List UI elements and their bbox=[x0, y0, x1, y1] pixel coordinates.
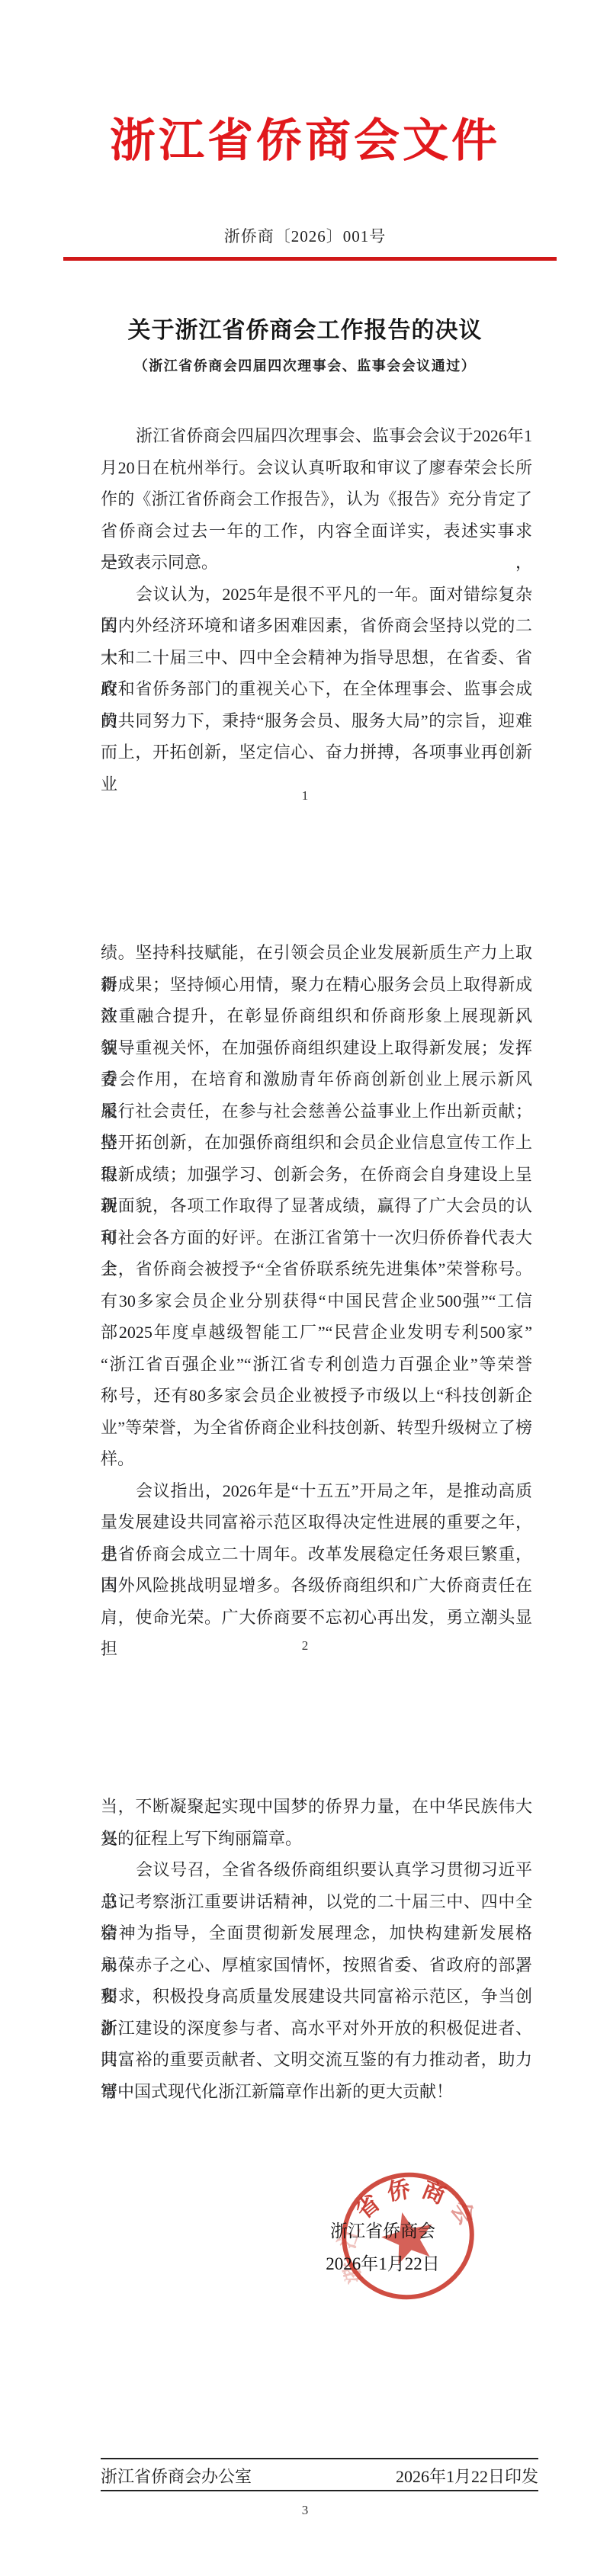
body-line: 履行社会责任，在参与社会慈善公益事业上作出新贡献；坚 bbox=[101, 1096, 532, 1128]
body-line: 绩。坚持科技赋能，在引领会员企业发展新质生产力上取得 bbox=[101, 937, 532, 969]
body-line: 有30多家会员企业分别获得“中国民营企业500强”“工信 bbox=[101, 1285, 532, 1317]
body-line: 肩，使命光荣。广大侨商要不忘初心再出发，勇立潮头显担 bbox=[101, 1602, 532, 1634]
body-line: 兴的征程上写下绚丽篇章。 bbox=[101, 1823, 532, 1855]
document-header-title: 浙江省侨商会文件 bbox=[0, 113, 610, 169]
page-3-body: 当，不断凝聚起实现中国梦的侨界力量，在中华民族伟大复兴的征程上写下绚丽篇章。会议… bbox=[101, 1791, 532, 2107]
body-line: 要求，积极投身高质量发展建设共同富裕示范区，争当创新 bbox=[101, 1981, 532, 2013]
body-line: 新面貌，各项工作取得了显著成绩，赢得了广大会员的认可 bbox=[101, 1190, 532, 1222]
footer-rule-bottom bbox=[101, 2490, 538, 2491]
body-line: 称号，还有80多家会员企业被授予市级以上“科技创新企 bbox=[101, 1380, 532, 1412]
body-line: 浙江省侨商会四届四次理事会、监事会会议于2026年1 bbox=[101, 420, 532, 452]
body-line: 省侨商会过去一年的工作，内容全面详实，表述实事求是， bbox=[101, 515, 532, 547]
document: 浙江省侨商会文件 浙侨商〔2026〕001号 关于浙江省侨商会工作报告的决议 （… bbox=[0, 0, 610, 2576]
document-number: 浙侨商〔2026〕001号 bbox=[0, 224, 610, 247]
body-line: 注重融合提升，在彰显侨商组织和侨商形象上展现新风貌； bbox=[101, 1000, 532, 1032]
body-line: 会议认为，2025年是很不平凡的一年。面对错综复杂的 bbox=[101, 579, 532, 611]
body-line: 是省侨商会成立二十周年。改革发展稳定任务艰巨繁重，国 bbox=[101, 1538, 532, 1570]
body-line: 书记考察浙江重要讲话精神，以党的二十届三中、四中全会 bbox=[101, 1886, 532, 1918]
page-1-body: 浙江省侨商会四届四次理事会、监事会会议于2026年1月20日在杭州举行。会议认真… bbox=[101, 420, 532, 768]
body-line: 同富裕的重要贡献者、文明交流互鉴的有力推动者，助力谱 bbox=[101, 2044, 532, 2076]
body-line: 会议号召，全省各级侨商组织要认真学习贯彻习近平总 bbox=[101, 1854, 532, 1886]
body-line: 作的《浙江省侨商会工作报告》，认为《报告》充分肯定了 bbox=[101, 483, 532, 515]
page-number: 2 bbox=[0, 1638, 610, 1654]
body-line: 上，省侨商会被授予“全省侨联系统先进集体”荣誉称号。 bbox=[101, 1253, 532, 1285]
body-line: 写中国式现代化浙江新篇章作出新的更大贡献！ bbox=[101, 2076, 532, 2108]
page-number: 1 bbox=[0, 788, 610, 804]
footer-print-date: 2026年1月22日印发 bbox=[396, 2464, 538, 2488]
body-line: “浙江省百强企业”“浙江省专利创造力百强企业”等荣誉 bbox=[101, 1349, 532, 1381]
body-line: 当，不断凝聚起实现中国梦的侨界力量，在中华民族伟大复 bbox=[101, 1791, 532, 1823]
body-line: 业”等荣誉，为全省侨商企业科技创新、转型升级树立了榜 bbox=[101, 1412, 532, 1444]
body-line: 领导重视关怀，在加强侨商组织建设上取得新发展；发挥青 bbox=[101, 1032, 532, 1064]
body-line: 量发展建设共同富裕示范区取得决定性进展的重要之年，也 bbox=[101, 1506, 532, 1538]
footer-office: 浙江省侨商会办公室 bbox=[101, 2464, 252, 2488]
body-line: 永葆赤子之心、厚植家国情怀，按照省委、省政府的部署和 bbox=[101, 1949, 532, 1981]
body-line: 样。 bbox=[101, 1443, 532, 1475]
footer-rule-top bbox=[101, 2458, 538, 2459]
body-line: 委会作用，在培育和激励青年侨商创新创业上展示新风采； bbox=[101, 1063, 532, 1096]
body-line: 会议指出，2026年是“十五五”开局之年，是推动高质 bbox=[101, 1475, 532, 1507]
body-line: 大和二十届三中、四中全会精神为指导思想，在省委、省政 bbox=[101, 642, 532, 674]
page-number: 3 bbox=[0, 2503, 610, 2518]
document-subtitle: （浙江省侨商会四届四次理事会、监事会会议通过） bbox=[0, 355, 610, 375]
body-line: 部2025年度卓越级智能工厂”“民营企业发明专利500家” bbox=[101, 1317, 532, 1349]
red-divider bbox=[63, 257, 557, 261]
body-line: 和社会各方面的好评。在浙江省第十一次归侨侨眷代表大会 bbox=[101, 1222, 532, 1254]
body-line: 内外风险挑战明显增多。各级侨商组织和广大侨商责任在 bbox=[101, 1570, 532, 1602]
page-2-body: 绩。坚持科技赋能，在引领会员企业发展新质生产力上取得新成果；坚持倾心用情，聚力在… bbox=[101, 937, 532, 1633]
body-line: 得新成绩；加强学习、创新会务，在侨商会自身建设上呈现 bbox=[101, 1159, 532, 1191]
body-line: 而上，开拓创新，坚定信心、奋力拼搏，各项事业再创新业 bbox=[101, 736, 532, 768]
body-line: 新成果；坚持倾心用情，聚力在精心服务会员上取得新成效； bbox=[101, 969, 532, 1001]
body-line: 月20日在杭州举行。会议认真听取和审议了廖春荣会长所 bbox=[101, 452, 532, 484]
body-line: 精神为指导，全面贯彻新发展理念，加快构建新发展格局， bbox=[101, 1917, 532, 1949]
signature-date: 2026年1月22日 bbox=[284, 2250, 482, 2275]
body-line: 国内外经济环境和诸多困难因素，省侨商会坚持以党的二十 bbox=[101, 610, 532, 642]
body-line: 浙江建设的深度参与者、高水平对外开放的积极促进者、共 bbox=[101, 2013, 532, 2045]
body-line: 持开拓创新，在加强侨商组织和会员企业信息宣传工作上取 bbox=[101, 1127, 532, 1159]
signature-org: 浙江省侨商会 bbox=[284, 2217, 482, 2242]
body-line: 的共同努力下，秉持“服务会员、服务大局”的宗旨，迎难 bbox=[101, 705, 532, 737]
document-title: 关于浙江省侨商会工作报告的决议 bbox=[0, 316, 610, 346]
footer-row: 浙江省侨商会办公室 2026年1月22日印发 bbox=[101, 2464, 538, 2488]
body-line: 府和省侨务部门的重视关心下，在全体理事会、监事会成员 bbox=[101, 673, 532, 705]
